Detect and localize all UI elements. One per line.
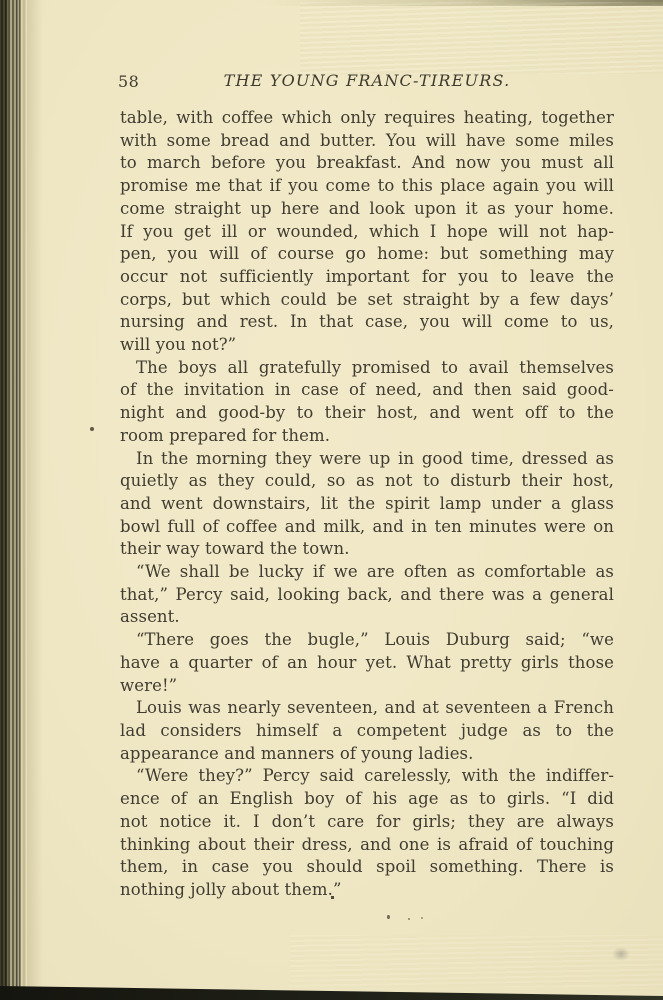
- book-page: 58 THE YOUNG FRANC-TIREURS. table, with …: [0, 0, 663, 1000]
- text-line: to march before you breakfast. And now y…: [120, 152, 614, 175]
- text-line: were!”: [120, 675, 614, 698]
- text-line: ence of an English boy of his age as to …: [120, 788, 614, 811]
- text-line: Louis was nearly seventeen, and at seven…: [120, 697, 614, 720]
- text-line: occur not sufficiently important for you…: [120, 266, 614, 289]
- running-title: THE YOUNG FRANC-TIREURS.: [120, 71, 614, 90]
- text-line: room prepared for them.: [120, 425, 614, 448]
- gutter-shadow: [27, 0, 43, 1000]
- book-gutter-edge: [0, 0, 27, 1000]
- ink-speck: [408, 918, 410, 920]
- text-line: of the invitation in case of need, and t…: [120, 379, 614, 402]
- text-line: that,” Percy said, looking back, and the…: [120, 584, 614, 607]
- text-line: In the morning they were up in good time…: [120, 448, 614, 471]
- text-line: and went downstairs, lit the spirit lamp…: [120, 493, 614, 516]
- body-text: table, with coffee which only requires h…: [120, 107, 614, 902]
- text-line: “We shall be lucky if we are often as co…: [120, 561, 614, 584]
- text-line: nothing jolly about them.”: [120, 879, 614, 902]
- text-line: bowl full of coffee and milk, and in ten…: [120, 516, 614, 539]
- text-line: thinking about their dress, and one is a…: [120, 834, 614, 857]
- scan-streaks-bottom: [290, 935, 663, 987]
- text-line: corps, but which could be set straight b…: [120, 289, 614, 312]
- text-line: have a quarter of an hour yet. What pret…: [120, 652, 614, 675]
- text-line: The boys all gratefully promised to avai…: [120, 357, 614, 380]
- paper-smudge: [612, 947, 630, 961]
- text-line: assent.: [120, 606, 614, 629]
- text-line: “Were they?” Percy said carelessly, with…: [120, 765, 614, 788]
- text-line: appearance and manners of young ladies.: [120, 743, 614, 766]
- ink-speck: [331, 896, 334, 899]
- text-line: If you get ill or wounded, which I hope …: [120, 221, 614, 244]
- text-line: them, in case you should spoil something…: [120, 856, 614, 879]
- text-line: quietly as they could, so as not to dist…: [120, 470, 614, 493]
- text-line: with some bread and butter. You will hav…: [120, 130, 614, 153]
- text-line: promise me that if you come to this plac…: [120, 175, 614, 198]
- text-line: pen, you will of course go home: but som…: [120, 243, 614, 266]
- scan-streaks-top: [300, 2, 663, 74]
- text-line: table, with coffee which only requires h…: [120, 107, 614, 130]
- ink-speck: [387, 915, 390, 919]
- ink-speck: [90, 427, 94, 431]
- text-line: lad considers himself a competent judge …: [120, 720, 614, 743]
- text-line: nursing and rest. In that case, you will…: [120, 311, 614, 334]
- text-line: not notice it. I don’t care for girls; t…: [120, 811, 614, 834]
- text-line: night and good-by to their host, and wen…: [120, 402, 614, 425]
- text-line: will you not?”: [120, 334, 614, 357]
- text-line: their way toward the town.: [120, 538, 614, 561]
- text-line: come straight up here and look upon it a…: [120, 198, 614, 221]
- ink-speck: [421, 917, 423, 919]
- text-line: “There goes the bugle,” Louis Duburg sai…: [120, 629, 614, 652]
